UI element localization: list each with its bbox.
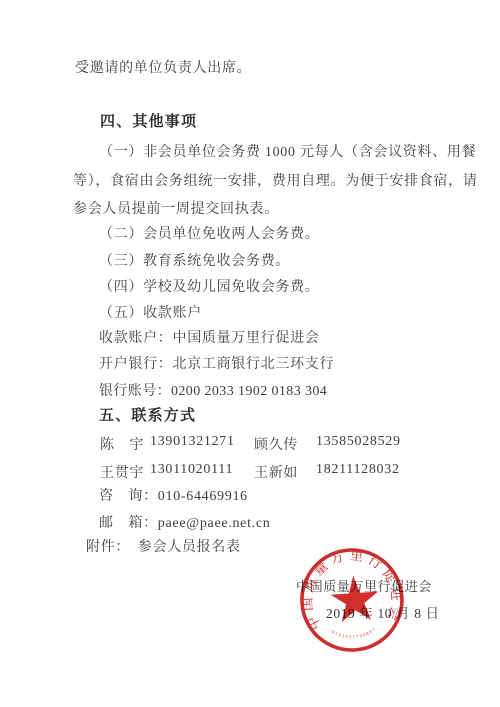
fee-item2: （二）会员单位免收两人会务费。 (99, 227, 320, 243)
svg-text:0101051708897: 0101051708897 (331, 626, 378, 641)
payee-account-line: 收款账户：中国质量万里行促进会 (99, 331, 320, 347)
email-line: 邮 箱：paee@paee.net.cn (99, 516, 271, 532)
intro-paragraph: 受邀请的单位负责人出席。 (75, 61, 251, 77)
account-number-line: 银行账号：0200 2033 1902 0183 304 (99, 384, 327, 400)
official-seal: 中国质量万里行促进会 0101051708897 (287, 536, 417, 666)
document-page: 受邀请的单位负责人出席。 四、其他事项 （一）非会员单位会务费 1000 元每人… (0, 0, 500, 707)
contact-name: 王贯宇 (100, 462, 144, 482)
contact-phone: 13585028529 (316, 434, 401, 450)
consult-line: 咨 询：010-64469916 (99, 489, 248, 505)
contact-name: 顾久传 (254, 434, 298, 454)
fee-item5: （五）收款账户 (99, 306, 202, 322)
fee-item3: （三）教育系统免收会务费。 (99, 254, 290, 270)
attachment-line: 附件： 参会人员报名表 (86, 540, 241, 556)
contact-phone: 13011020111 (150, 462, 233, 478)
section-heading-contact: 五、联系方式 (99, 408, 196, 424)
bank-line: 开户银行：北京工商银行北三环支行 (99, 357, 334, 373)
contact-name: 王新如 (254, 462, 298, 482)
contact-phone: 13901321271 (150, 434, 235, 450)
seal-star-icon (330, 574, 381, 622)
contact-phone: 18211128032 (316, 462, 400, 478)
section-heading-other-matters: 四、其他事项 (100, 114, 197, 130)
fee-item1-line3: 参会人员提前一周提交回执表。 (73, 202, 279, 218)
seal-serial: 0101051708897 (331, 626, 378, 641)
contact-name: 陈 宇 (100, 434, 144, 454)
fee-item4: （四）学校及幼儿园免收会务费。 (99, 280, 320, 296)
fee-item1-line1: （一）非会员单位会务费 1000 元每人（含会议资料、用餐 (99, 145, 476, 161)
fee-item1-line2: 等），食宿由会务组统一安排，费用自理。为便于安排食宿，请 (73, 174, 478, 190)
